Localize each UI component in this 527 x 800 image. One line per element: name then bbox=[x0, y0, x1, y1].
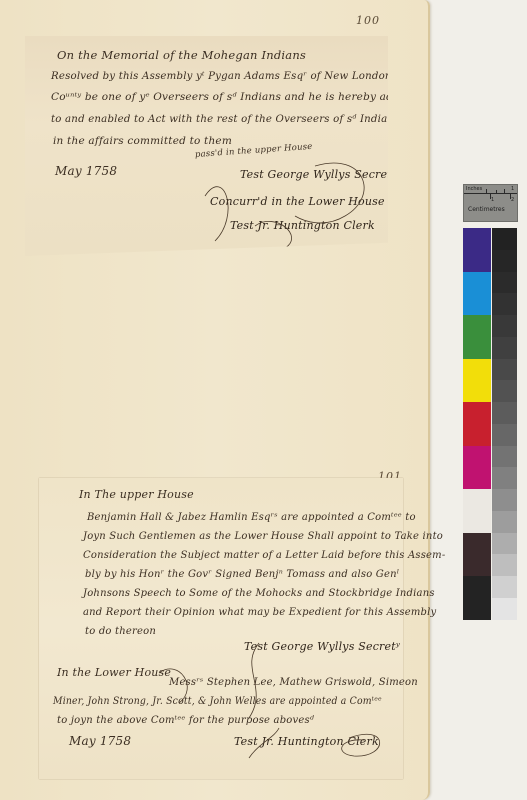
ruler-tick bbox=[486, 189, 487, 193]
lower-line-4: bly by his Honʳ the Govʳ Signed Benjⁿ To… bbox=[85, 569, 399, 580]
lower-line-6: and Report their Opinion what may be Exp… bbox=[83, 607, 436, 618]
manuscript-page: 100 On the Memorial of the Mohegan India… bbox=[0, 0, 430, 800]
gray-step-3 bbox=[492, 272, 517, 294]
upper-date: May 1758 bbox=[55, 164, 117, 178]
gray-step-4 bbox=[492, 293, 517, 315]
swatch-purple bbox=[463, 228, 491, 272]
swatch-cyan bbox=[463, 272, 491, 316]
lower-line-3: Consideration the Subject matter of a Le… bbox=[83, 550, 445, 561]
gray-step-5 bbox=[492, 315, 517, 337]
lower-line-5: Johnsons Speech to Some of the Mohocks a… bbox=[83, 588, 435, 599]
lower-line-7: to do thereon bbox=[85, 626, 156, 637]
upper-document-slip: On the Memorial of the Mohegan Indians R… bbox=[25, 36, 388, 256]
ruler-inch-mark: 1 bbox=[511, 186, 514, 192]
gray-step-15 bbox=[492, 533, 517, 555]
folio-number-100: 100 bbox=[356, 14, 380, 27]
swatch-green bbox=[463, 315, 491, 359]
gray-step-10 bbox=[492, 424, 517, 446]
ruler-inches-label: Inches bbox=[466, 186, 482, 192]
upper-line-5: in the affairs committed to them bbox=[53, 135, 232, 147]
upper-line-3: Coᵘⁿᵗʸ be one of yᵉ Overseers of sᵈ Indi… bbox=[51, 91, 413, 103]
color-swatch-column bbox=[463, 228, 491, 620]
ruler-tick bbox=[496, 190, 497, 193]
upper-line-4: to and enabled to Act with the rest of t… bbox=[51, 113, 400, 125]
lower-line-1: Benjamin Hall & Jabez Hamlin Esqʳˢ are a… bbox=[87, 512, 416, 523]
lower-line-2: Joyn Such Gentlemen as the Lower House S… bbox=[83, 531, 443, 542]
swatch-dark-maroon bbox=[463, 533, 491, 577]
gray-step-9 bbox=[492, 402, 517, 424]
lower-document-slip: In The upper House Benjamin Hall & Jabez… bbox=[39, 478, 403, 779]
lower-attest-clerk: Test Jr. Huntington Clerk bbox=[234, 735, 379, 748]
upper-line-1: On the Memorial of the Mohegan Indians bbox=[57, 48, 306, 62]
lower-attest-secretary: Test George Wyllys Secretʸ bbox=[244, 640, 400, 653]
scale-ruler: Inches 1 1 2 Centimetres bbox=[463, 184, 518, 222]
lower-house-line-3: to joyn the above Comᵗᵉᵉ for the purpose… bbox=[57, 715, 314, 726]
upper-attest-secretary: Test George Wyllys Secretʸ bbox=[240, 168, 396, 181]
swatch-black bbox=[463, 576, 491, 620]
ruler-centimetres-label: Centimetres bbox=[468, 206, 505, 213]
gray-step-16 bbox=[492, 554, 517, 576]
lower-house-line-2: Miner, John Strong, Jr. Scott, & John We… bbox=[53, 696, 382, 707]
lower-heading-lower-house: In the Lower House bbox=[57, 666, 171, 679]
gray-step-2 bbox=[492, 250, 517, 272]
upper-attest-clerk: Test Jr. Huntington Clerk bbox=[230, 219, 375, 232]
gray-step-13 bbox=[492, 489, 517, 511]
gray-step-8 bbox=[492, 380, 517, 402]
gray-step-18 bbox=[492, 598, 517, 620]
lower-house-line-1: Messʳˢ Stephen Lee, Mathew Griswold, Sim… bbox=[169, 677, 418, 688]
gray-step-7 bbox=[492, 359, 517, 381]
concurred-lower-house-note: Concurr'd in the Lower House bbox=[210, 195, 385, 208]
swatch-yellow bbox=[463, 359, 491, 403]
ruler-tick bbox=[504, 189, 505, 193]
gray-step-14 bbox=[492, 511, 517, 533]
lower-date: May 1758 bbox=[69, 734, 131, 748]
gray-step-17 bbox=[492, 576, 517, 598]
swatch-magenta bbox=[463, 446, 491, 490]
ruler-cm-mark-1: 1 bbox=[491, 197, 494, 203]
upper-line-2: Resolved by this Assembly yᵗ Pygan Adams… bbox=[51, 70, 392, 82]
gray-step-12 bbox=[492, 467, 517, 489]
ruler-cm-mark-2: 2 bbox=[511, 197, 514, 203]
gray-step-6 bbox=[492, 337, 517, 359]
swatch-red bbox=[463, 402, 491, 446]
gray-step-1 bbox=[492, 228, 517, 250]
gray-step-11 bbox=[492, 446, 517, 468]
swatch-white bbox=[463, 489, 491, 533]
lower-heading-upper-house: In The upper House bbox=[79, 488, 194, 501]
gray-step-wedge bbox=[492, 228, 517, 620]
